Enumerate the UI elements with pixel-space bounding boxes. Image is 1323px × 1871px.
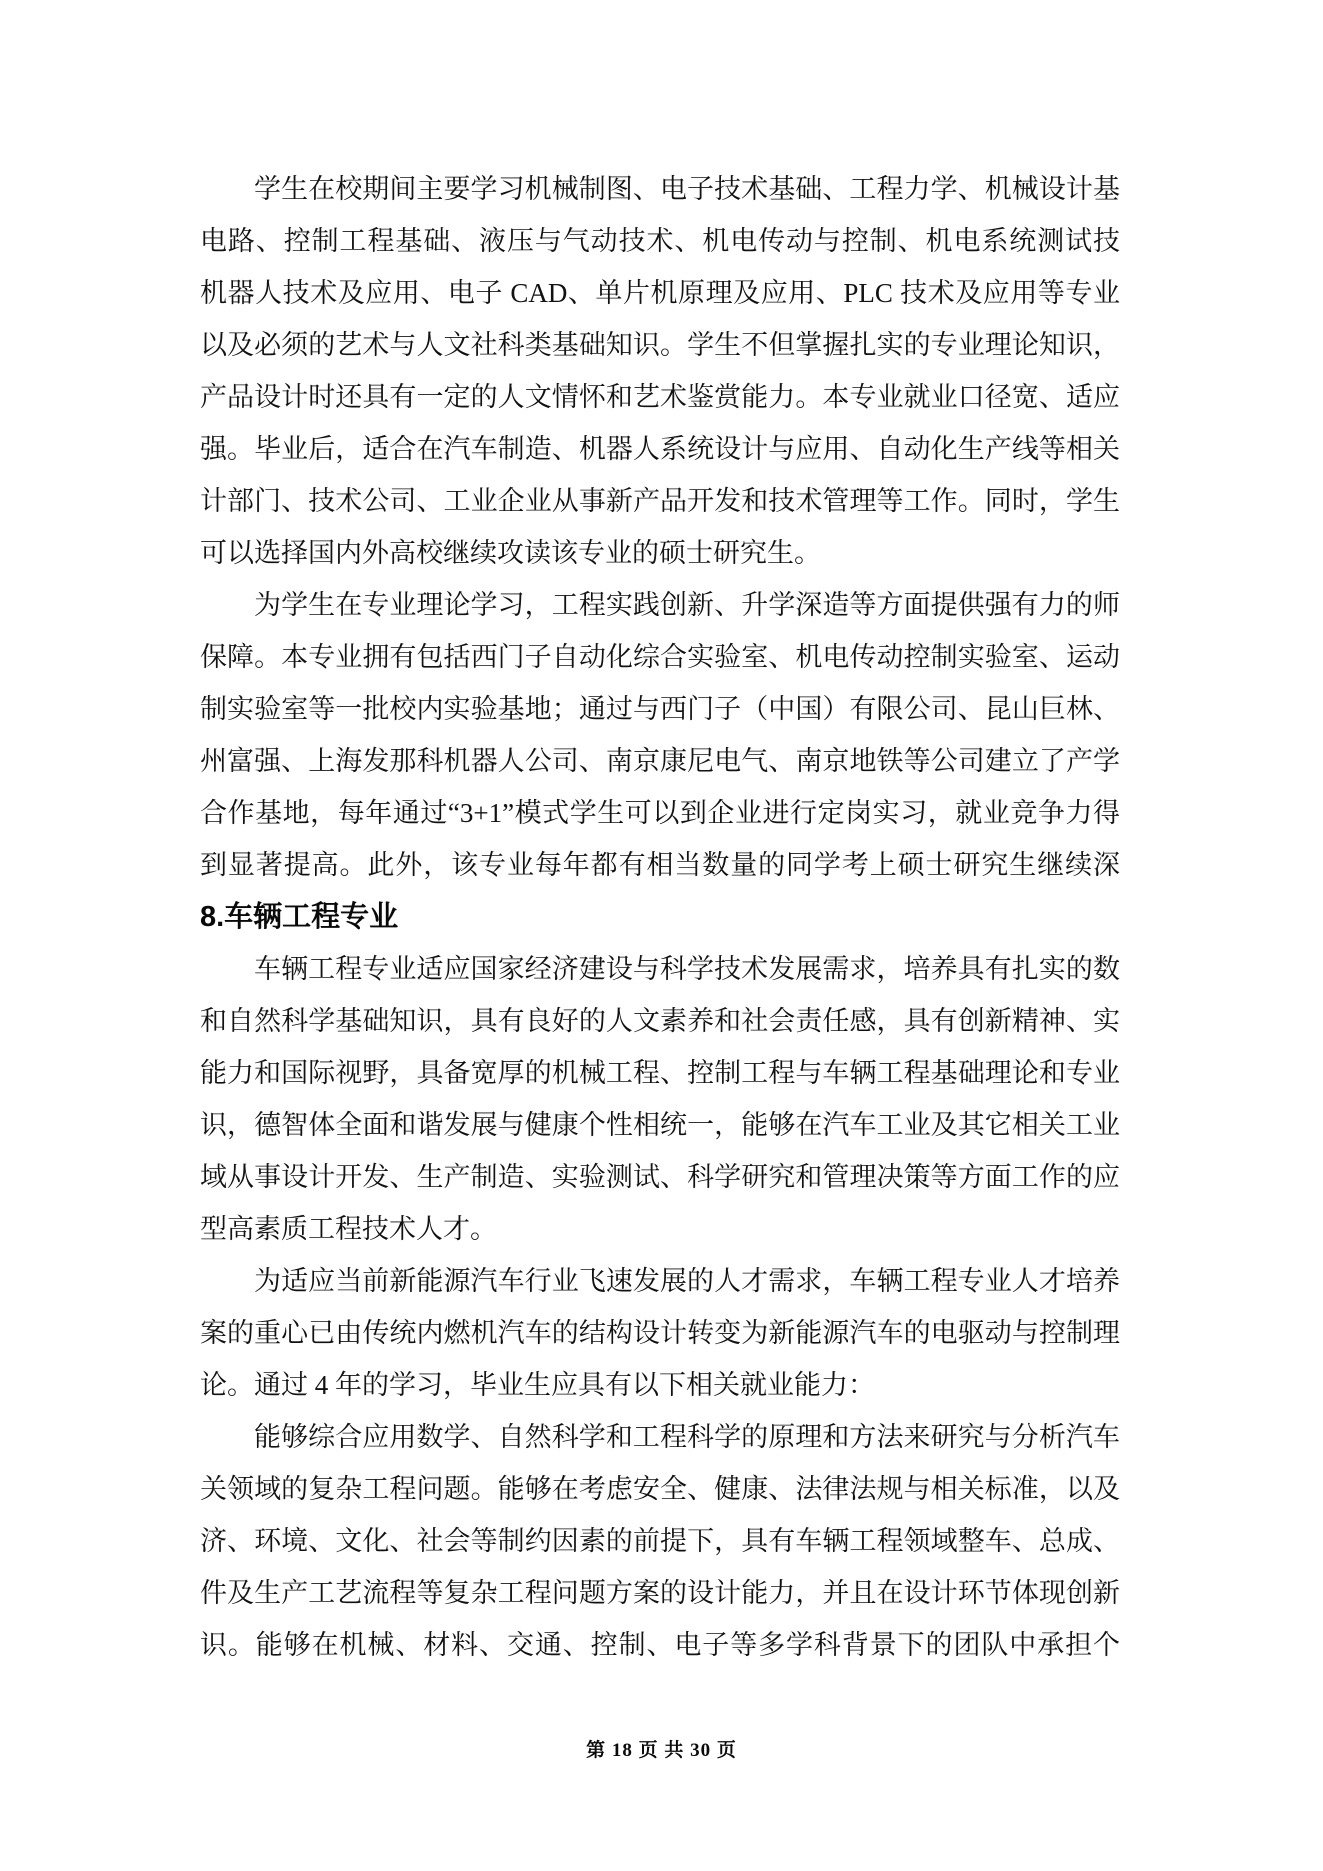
text-line: 识。能够在机械、材料、交通、控制、电子等多学科背景下的团队中承担个体、 [200,1619,1120,1671]
text-line: 电路、控制工程基础、液压与气动技术、机电传动与控制、机电系统测试技术、 [200,215,1120,267]
text-line: 能力和国际视野，具备宽厚的机械工程、控制工程与车辆工程基础理论和专业知 [200,1047,1120,1099]
text-line: 保障。本专业拥有包括西门子自动化综合实验室、机电传动控制实验室、运动控 [200,631,1120,683]
page-body: 学生在校期间主要学习机械制图、电子技术基础、工程力学、机械设计基础、 电路、控制… [200,163,1120,1671]
paragraph-vehicle-intro: 车辆工程专业适应国家经济建设与科学技术发展需求，培养具有扎实的数学 和自然科学基… [200,943,1120,1255]
paragraph-vehicle-abilities: 能够综合应用数学、自然科学和工程科学的原理和方法来研究与分析汽车相 关领域的复杂… [200,1411,1120,1671]
text-line: 济、环境、文化、社会等制约因素的前提下，具有车辆工程领域整车、总成、部 [200,1515,1120,1567]
document-page: 学生在校期间主要学习机械制图、电子技术基础、工程力学、机械设计基础、 电路、控制… [0,0,1323,1871]
text-line: 产品设计时还具有一定的人文情怀和艺术鉴赏能力。本专业就业口径宽、适应性 [200,371,1120,423]
text-line: 能够综合应用数学、自然科学和工程科学的原理和方法来研究与分析汽车相 [200,1411,1120,1463]
text-line: 州富强、上海发那科机器人公司、南京康尼电气、南京地铁等公司建立了产学研 [200,735,1120,787]
page-footer: 第 18 页 共 30 页 [0,1735,1323,1762]
text-line: 为学生在专业理论学习，工程实践创新、升学深造等方面提供强有力的师资 [200,579,1120,631]
text-line: 论。通过 4 年的学习，毕业生应具有以下相关就业能力： [200,1359,1120,1411]
text-line: 可以选择国内外高校继续攻读该专业的硕士研究生。 [200,527,1120,579]
text-line: 关领域的复杂工程问题。能够在考虑安全、健康、法律法规与相关标准，以及经 [200,1463,1120,1515]
section-heading-vehicle-engineering: 8.车辆工程专业 [200,891,1120,943]
paragraph-mechatronics-labs: 为学生在专业理论学习，工程实践创新、升学深造等方面提供强有力的师资 保障。本专业… [200,579,1120,891]
text-line: 为适应当前新能源汽车行业飞速发展的人才需求，车辆工程专业人才培养方 [200,1255,1120,1307]
paragraph-mechatronics-courses: 学生在校期间主要学习机械制图、电子技术基础、工程力学、机械设计基础、 电路、控制… [200,163,1120,579]
text-line: 型高素质工程技术人才。 [200,1203,1120,1255]
text-line: 案的重心已由传统内燃机汽车的结构设计转变为新能源汽车的电驱动与控制理 [200,1307,1120,1359]
text-line: 强。毕业后，适合在汽车制造、机器人系统设计与应用、自动化生产线等相关设 [200,423,1120,475]
text-line: 到显著提高。此外，该专业每年都有相当数量的同学考上硕士研究生继续深造。 [200,839,1120,891]
text-line: 机器人技术及应用、电子 CAD、单片机原理及应用、PLC 技术及应用等专业知识 [200,267,1120,319]
page-number: 第 18 页 共 30 页 [586,1740,737,1761]
text-line: 件及生产工艺流程等复杂工程问题方案的设计能力，并且在设计环节体现创新意 [200,1567,1120,1619]
text-line: 和自然科学基础知识，具有良好的人文素养和社会责任感，具有创新精神、实践 [200,995,1120,1047]
text-line: 计部门、技术公司、工业企业从事新产品开发和技术管理等工作。同时，学生还 [200,475,1120,527]
text-line: 合作基地，每年通过“3+1”模式学生可以到企业进行定岗实习，就业竞争力得 [200,787,1120,839]
text-line: 制实验室等一批校内实验基地；通过与西门子（中国）有限公司、昆山巨林、苏 [200,683,1120,735]
text-line: 车辆工程专业适应国家经济建设与科学技术发展需求，培养具有扎实的数学 [200,943,1120,995]
text-line: 学生在校期间主要学习机械制图、电子技术基础、工程力学、机械设计基础、 [200,163,1120,215]
paragraph-vehicle-new-energy: 为适应当前新能源汽车行业飞速发展的人才需求，车辆工程专业人才培养方 案的重心已由… [200,1255,1120,1411]
text-line: 识，德智体全面和谐发展与健康个性相统一，能够在汽车工业及其它相关工业领 [200,1099,1120,1151]
text-line: 以及必须的艺术与人文社科类基础知识。学生不但掌握扎实的专业理论知识，在 [200,319,1120,371]
text-line: 域从事设计开发、生产制造、实验测试、科学研究和管理决策等方面工作的应用 [200,1151,1120,1203]
